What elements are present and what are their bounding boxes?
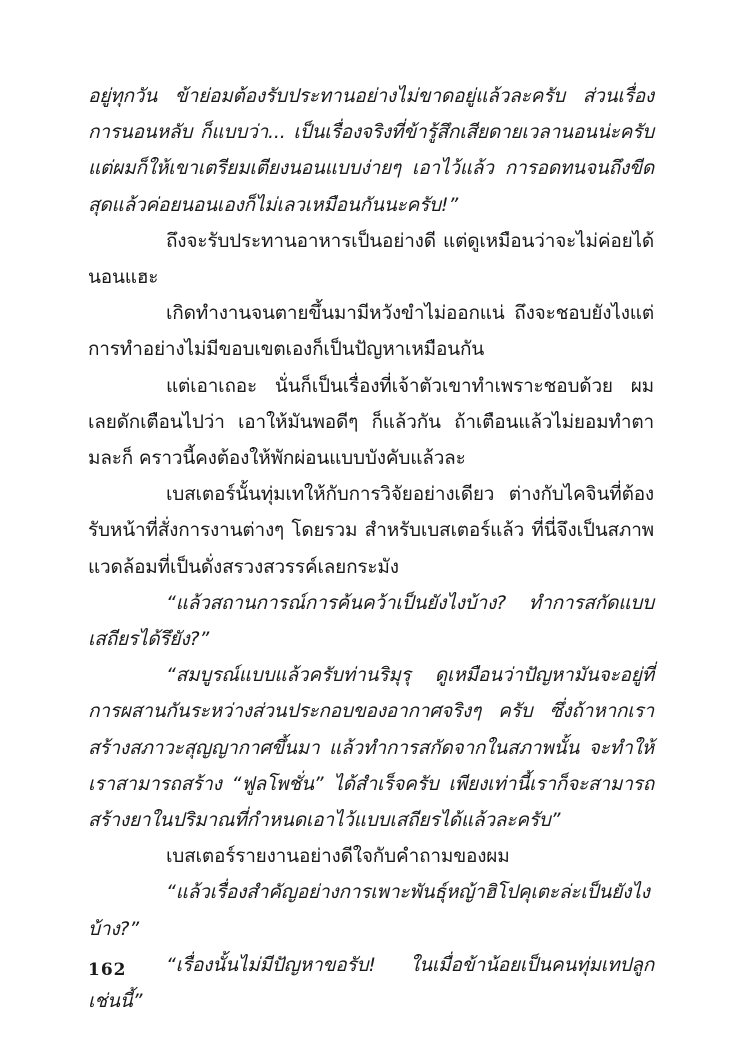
paragraph-10-dialogue: “เรื่องนั้นไม่มีปัญหาขอรับ! ในเมื่อข้าน้… <box>88 947 654 1019</box>
paragraph-4: แต่เอาเถอะ นั่นก็เป็นเรื่องที่เจ้าตัวเขา… <box>88 368 654 477</box>
paragraph-1: อยู่ทุกวัน ข้าย่อมต้องรับประทานอย่างไม่ข… <box>88 78 654 223</box>
paragraph-8: เบสเตอร์รายงานอย่างดีใจกับคำถามของผม <box>88 838 654 874</box>
page-number: 162 <box>88 960 127 980</box>
paragraph-2: ถึงจะรับประทานอาหารเป็นอย่างดี แต่ดูเหมื… <box>88 223 654 295</box>
paragraph-3: เกิดทำงานจนตายขึ้นมามีหวังขำไม่ออกแน่ ถึ… <box>88 295 654 367</box>
paragraph-7-dialogue: “สมบูรณ์แบบแล้วครับท่านริมุรุ ดูเหมือนว่… <box>88 657 654 838</box>
paragraph-6-dialogue: “แล้วสถานการณ์การค้นคว้าเป็นยังไงบ้าง? ท… <box>88 585 654 657</box>
paragraph-5: เบสเตอร์นั้นทุ่มเทให้กับการวิจัยอย่างเดี… <box>88 476 654 585</box>
book-page-body: อยู่ทุกวัน ข้าย่อมต้องรับประทานอย่างไม่ข… <box>88 78 654 1019</box>
paragraph-9-dialogue: “แล้วเรื่องสำคัญอย่างการเพาะพันธุ์หญ้าฮิ… <box>88 874 654 946</box>
